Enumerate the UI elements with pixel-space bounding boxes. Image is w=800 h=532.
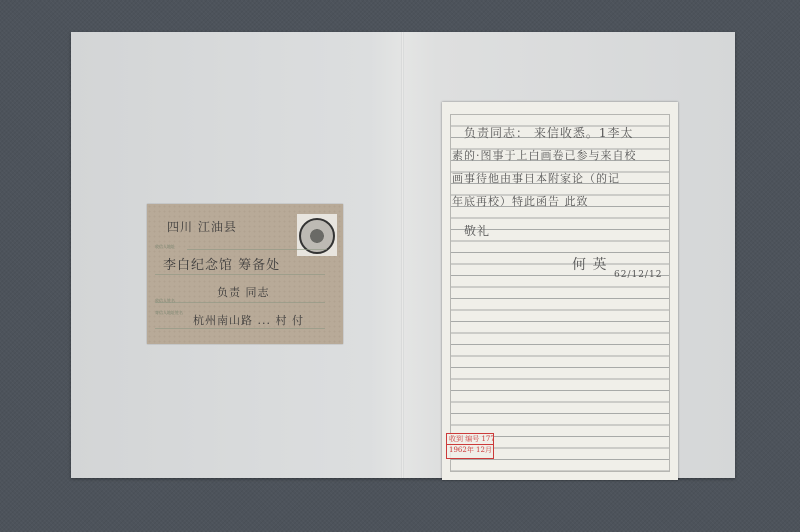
seal-row1: 收到 编号 177号 [447, 434, 493, 445]
seal-row2: 1962年 12月 16日 [447, 445, 493, 455]
archive-seal: 收到 编号 177号 1962年 12月 16日 [446, 433, 494, 459]
envelope-label-address: 收信人地址 [155, 244, 175, 250]
envelope-line4: 杭州南山路 ... 村 付 [193, 312, 304, 328]
envelope-line3: 负责 同志 [217, 284, 270, 300]
envelope-label-sender: 寄信人地址姓名 [155, 310, 183, 316]
letter-date: 62/12/12 [614, 270, 662, 280]
mount-folder: 四川 江油县 收信人地址 李白纪念馆 筹备处 负责 同志 收信人姓名 寄信人地址… [71, 32, 735, 478]
envelope-line1: 四川 江油县 [167, 218, 237, 235]
letter-line: 素的·图事于上白画卷已参与来自校 [452, 147, 637, 163]
ruled-lines [450, 114, 670, 472]
letter-line: 画事待他由事日本附家论（的记 [452, 170, 620, 186]
envelope-rule [155, 328, 325, 329]
letter-signature: 何 英 [572, 254, 607, 274]
letter-sheet: 负责同志： 来信收悉。1李太 素的·图事于上白画卷已参与来自校 画事待他由事日本… [442, 102, 678, 480]
letter-line: 负责同志： 来信收悉。1李太 [464, 124, 633, 141]
envelope: 四川 江油县 收信人地址 李白纪念馆 筹备处 负责 同志 收信人姓名 寄信人地址… [147, 204, 343, 344]
letter-closing: 敬礼 [464, 222, 490, 239]
letter-line: 年底再校）特此函告 此致 [452, 193, 589, 209]
envelope-rule [155, 274, 325, 275]
center-fold [401, 32, 404, 478]
envelope-rule [187, 249, 327, 250]
envelope-rule [155, 302, 325, 303]
envelope-line2: 李白纪念馆 筹备处 [163, 254, 280, 273]
envelope-label-name: 收信人姓名 [155, 298, 175, 304]
